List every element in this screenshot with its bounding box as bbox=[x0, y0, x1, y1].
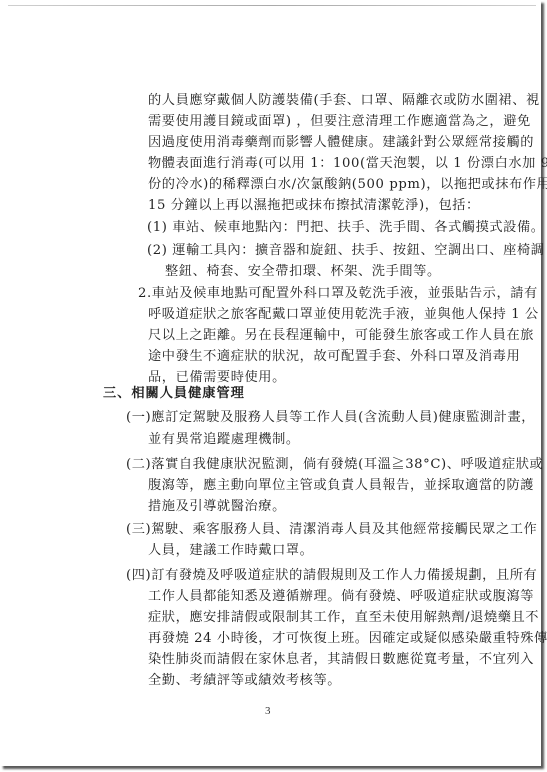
text-line: (1) 車站、候車地點內：門把、扶手、洗手間、各式觸摸式設備。 bbox=[147, 220, 545, 236]
text-line: 整鈕、椅套、安全帶扣環、杯架、洗手間等。 bbox=[165, 264, 441, 280]
text-line: 腹瀉等，應主動向單位主管或負責人員報告，並採取適當的防護 bbox=[148, 478, 534, 494]
text-line: 2.車站及候車地點可配置外科口罩及乾洗手液，並張貼告示，請有 bbox=[138, 286, 538, 302]
page-number: 3 bbox=[265, 705, 271, 717]
text-line: (二)落實自我健康狀況監測，倘有發燒(耳溫≧38°C)、呼吸道症狀或 bbox=[126, 457, 543, 473]
text-line: 15 分鐘以上再以濕拖把或抹布擦拭清潔乾淨)，包括： bbox=[148, 198, 480, 214]
text-line: 途中發生不適症狀的狀況，故可配置手套、外科口罩及消毒用 bbox=[148, 349, 520, 365]
text-line: 染性肺炎而請假在家休息者，其請假日數應從寬考量，不宜列入 bbox=[148, 652, 534, 668]
scan-top-edge-rule bbox=[8, 5, 536, 6]
text-line: 的人員應穿戴個人防護裝備(手套、口罩、隔離衣或防水圍裙、視 bbox=[148, 93, 540, 109]
text-line: 人員，建議工作時戴口罩。 bbox=[148, 543, 313, 559]
text-line: 措施及引導就醫治療。 bbox=[148, 499, 286, 515]
text-line: 尺以上之距離。另在長程運輸中，可能發生旅客或工作人員在旅 bbox=[148, 328, 534, 344]
text-line: (2) 運輸工具內：擴音器和旋鈕、扶手、按鈕、空調出口、座椅調 bbox=[147, 243, 545, 259]
text-line: 再發燒 24 小時後，才可恢復上班。因確定或疑似感染嚴重特殊傳 bbox=[148, 631, 547, 647]
text-line: 工作人員都能知悉及遵循辦理。倘有發燒、呼吸道症狀或腹瀉等 bbox=[148, 589, 534, 605]
text-line: 需要使用護目鏡或面罩) ，但要注意清理工作應適當為之，避免 bbox=[148, 114, 531, 130]
text-line: 呼吸道症狀之旅客配戴口罩並使用乾洗手液，並與他人保持 1 公 bbox=[148, 307, 539, 323]
text-line: 症狀，應安排請假或限制其工作，直至未使用解熱劑/退燒藥且不 bbox=[148, 610, 539, 626]
section-heading: 三、相關人員健康管理 bbox=[103, 386, 245, 402]
text-line: 全勤、考績評等或績效考核等。 bbox=[148, 673, 341, 689]
text-line: (四)訂有發燒及呼吸道症狀的請假規則及工作人力備援規劃，且所有 bbox=[126, 568, 537, 584]
text-line: (一)應訂定駕駛及服務人員等工作人員(含流動人員)健康監測計畫， bbox=[126, 410, 535, 426]
text-line: 物體表面進行消毒(可以用 1：100(當天泡製，以 1 份漂白水加 99 bbox=[148, 156, 547, 172]
document-page: 的人員應穿戴個人防護裝備(手套、口罩、隔離衣或防水圍裙、視需要使用護目鏡或面罩)… bbox=[0, 0, 541, 766]
text-line: 份的冷水)的稀釋漂白水/次氯酸鈉(500 ppm)，以拖把或抹布作用 bbox=[148, 177, 547, 193]
text-line: 因過度使用消毒藥劑而影響人體健康。建議針對公眾經常接觸的 bbox=[148, 135, 534, 151]
text-line: (三)駕駛、乘客服務人員、清潔消毒人員及其他經常接觸民眾之工作 bbox=[126, 522, 537, 538]
text-line: 品，已備需要時使用。 bbox=[148, 370, 286, 386]
text-line: 並有異常追蹤處理機制。 bbox=[148, 432, 300, 448]
